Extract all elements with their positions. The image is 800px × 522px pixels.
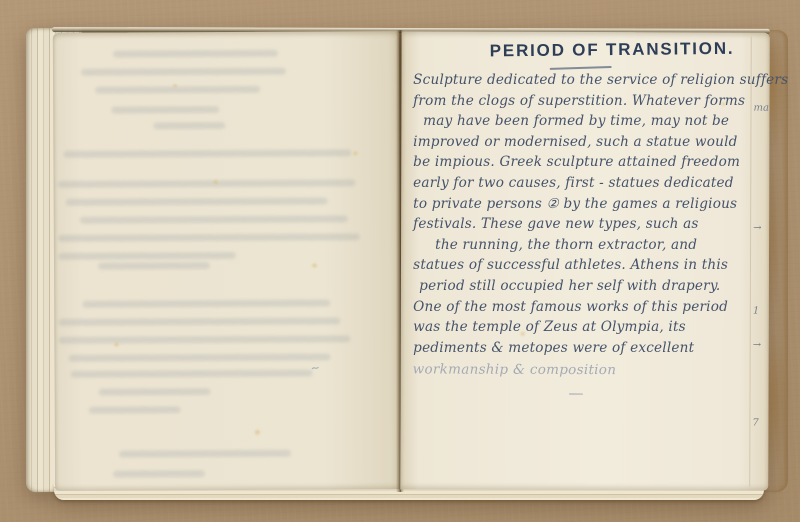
bleedthrough-line [113,470,205,477]
right-page: PERIOD OF TRANSITION. Sculpture dedicate… [400,31,770,490]
handwritten-line: festivals. These gave new types, such as [413,214,765,235]
handwritten-line: to private persons ② by the games a reli… [413,194,765,215]
faint-last-line: workmanship & composition [413,361,617,378]
bleedthrough-line [89,406,181,413]
bleedthrough-line [63,149,351,158]
bleedthrough-line [68,353,330,361]
handwritten-line: early for two causes, first - statues de… [413,173,765,194]
bleedthrough-line [95,86,260,94]
bleedthrough-line [153,122,225,129]
handwritten-line: was the temple of Zeus at Olympia, its [413,317,765,338]
handwritten-line: be impious. Greek sculpture attained fre… [413,152,765,173]
photograph-of-open-notebook: { "colors": { "background_tan": "#ae9372… [0,0,800,522]
open-notebook: ~ PERIOD OF TRANSITION. Sculpture dedica… [24,22,788,500]
handwritten-line: period still occupied her self with drap… [419,276,765,297]
bleedthrough-line [66,197,328,205]
bleedthrough-line [119,450,291,458]
handwritten-line: improved or modernised, such a statue wo… [413,132,765,153]
handwritten-line: One of the most famous works of this per… [413,297,765,318]
bleedthrough-line [71,370,313,378]
bleedthrough-line [58,252,236,260]
bleedthrough-line [58,335,350,344]
left-page: ~ [53,31,401,491]
bleedthrough-line [99,388,211,396]
margin-pencil-mark: → [753,223,761,234]
end-dash-mark: — [569,384,584,402]
foxing-spot [722,102,726,105]
bleedthrough-line [98,262,210,270]
bleedthrough-line [82,299,330,307]
margin-marks: ma→1→7 [402,31,770,32]
handwritten-line: from the clogs of superstition. Whatever… [413,91,765,112]
page-title-text: PERIOD OF TRANSITION. [490,39,735,62]
bleedthrough-line [81,68,286,76]
foxing-spot [255,430,260,435]
margin-pencil-mark: → [753,340,761,351]
foxing-spot [521,332,525,336]
handwriting-lines: Sculpture dedicated to the service of re… [413,70,765,358]
handwritten-line: may have been formed by time, may not be [423,111,765,132]
pencil-squiggle-mark: ~ [310,361,321,375]
margin-pencil-mark: 1 [753,306,759,317]
margin-pencil-mark: 7 [752,418,758,429]
handwritten-line: statues of successful athletes. Athens i… [413,255,765,276]
foxing-spot [214,180,218,184]
handwritten-line: the running, the thorn extractor, and [435,235,765,256]
foxing-spot [312,264,317,268]
bleedthrough-line [58,179,356,188]
bleedthrough-line [113,50,278,58]
handwritten-line: Sculpture dedicated to the service of re… [413,70,765,91]
foxing-spot [173,84,177,87]
bleedthrough-line [58,317,340,325]
foxing-spot [114,343,118,347]
page-title: PERIOD OF TRANSITION. [490,40,735,61]
bleedthrough-line [58,233,360,242]
bleedthrough-line [80,215,348,223]
handwritten-line: pediments & metopes were of excellent [413,338,765,359]
bleedthrough-line [111,106,219,114]
margin-pencil-mark: ma [754,103,769,114]
foxing-spot [353,151,357,155]
